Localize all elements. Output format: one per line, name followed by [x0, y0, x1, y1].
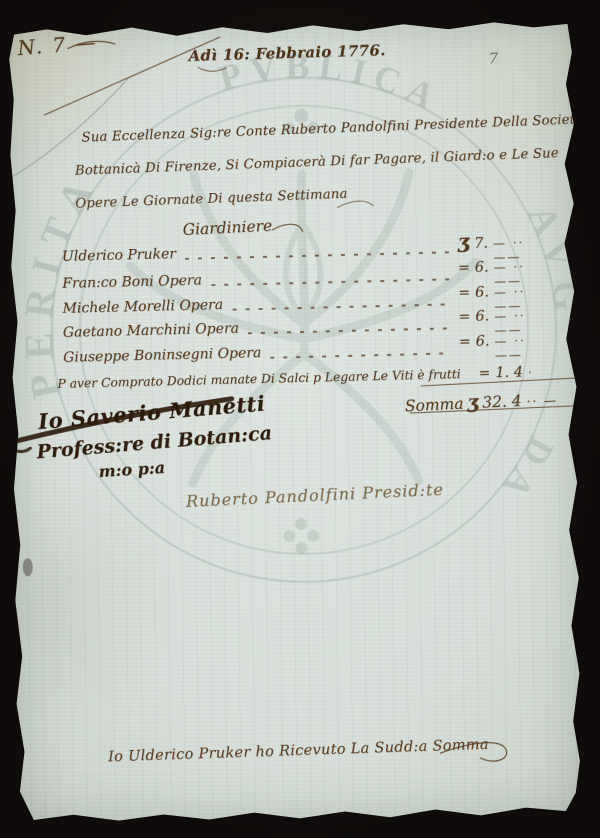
document-number: N. 7 —: [17, 30, 99, 60]
ledger-row-label: Gaetano Marchini Opera: [63, 321, 239, 341]
signature-flourish-curl: [7, 443, 30, 451]
dotted-leader: [248, 327, 450, 334]
dotted-leader: [232, 303, 449, 310]
ditto-sign: =: [458, 284, 470, 300]
date-line: Adì 16: Febbraio 1776.: [188, 41, 386, 65]
amount-value: 6.: [475, 284, 489, 300]
ink-blot: [23, 558, 33, 576]
amount-value: 1. 4: [495, 365, 523, 382]
ledger-row-label: Ulderico Pruker: [62, 246, 176, 265]
ditto-sign: =: [459, 333, 471, 349]
heading-flourish: [272, 224, 303, 232]
receipt-line: Io Ulderico Pruker ho Ricevuto La Sudd:a…: [108, 737, 489, 766]
date-flourish: [198, 67, 227, 72]
amount-tail: ·: [528, 365, 534, 379]
body-line-1: Sua Eccellenza Sig:re Conte Ruberto Pand…: [81, 112, 583, 145]
ledger-row-label: Michele Morelli Opera: [62, 297, 223, 317]
scanner-background: PERITA PVBLICA AVG DA: [0, 0, 600, 838]
settimana-flourish: [337, 201, 373, 208]
amount-value: 6.: [475, 333, 489, 349]
ledger-row-label: Fran:co Boni Opera: [62, 272, 202, 291]
dotted-leader: [270, 352, 450, 358]
ditto-sign: =: [478, 365, 490, 381]
ledger-row-label: Giuseppe Boninsegni Opera: [63, 345, 262, 366]
dotted-leader: [185, 251, 449, 259]
folio-number-pencil: 7: [488, 49, 498, 67]
signature-pandolfini: Ruberto Pandolfini Presid:te: [186, 480, 445, 511]
ditto-sign: =: [458, 259, 470, 275]
amount-tail: — ·· ——: [494, 332, 555, 361]
ditto-sign: =: [458, 308, 470, 324]
signature-manetti-manu-propria: m:o p:a: [98, 458, 166, 481]
ledger-row-label: P aver Comprato Dodici manate Di Salci p…: [57, 367, 460, 391]
ledger-heading: Giardiniere: [182, 217, 272, 239]
amount-value: 6.: [475, 259, 489, 275]
dotted-leader: [211, 278, 449, 286]
paper-sheet: PERITA PVBLICA AVG DA: [7, 21, 583, 824]
body-line-3: Opere Le Giornate Di questa Settimana: [75, 187, 348, 212]
lira-sign: ʒ: [457, 229, 469, 253]
watermark-letters-bottom-right: DA: [489, 430, 563, 513]
body-line-2: Bottanicà Di Firenze, Si Compiacerà Di f…: [75, 146, 559, 179]
amount-value: 6.: [475, 308, 489, 324]
amount-value: 7.: [474, 235, 488, 251]
